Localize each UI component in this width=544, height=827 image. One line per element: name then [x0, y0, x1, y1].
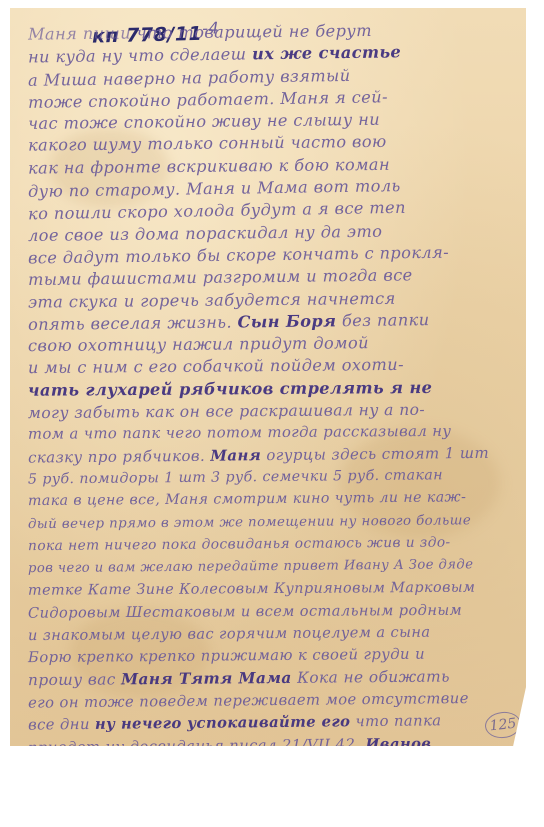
line-text: как на фронте вскрикиваю к бою коман [28, 155, 390, 178]
line-text: 5 руб. помидоры 1 шт 3 руб. семечки 5 ру… [28, 467, 443, 487]
line-text: без папки [336, 310, 429, 330]
line-text: сказку про рябчиков. [28, 446, 210, 466]
line-text: Маня пиши [28, 24, 131, 44]
line-text: приедет ну досвиданья писал 21/VII 42. [28, 736, 366, 753]
line-text-emphasis: ну нечего успокаивайте его [95, 713, 351, 733]
line-text: огурцы здесь стоят 1 шт [261, 443, 489, 463]
line-text: Сидоровым Шестаковым и всем остальным ро… [28, 601, 462, 621]
line-text-emphasis: Маня Тятя Мама [121, 668, 292, 687]
line-text: все дни [28, 716, 95, 734]
line-text: Борю крепко крепко прижимаю к своей груд… [28, 646, 425, 666]
line-text: така в цене все, Маня смотрим кино чуть … [28, 490, 466, 510]
line-text: прошу вас [28, 670, 121, 689]
line-text: его он тоже поведем переживает мое отсут… [28, 690, 469, 712]
line-text: опять веселая жизнь. [28, 312, 238, 334]
line-text-emphasis: Иванов [365, 735, 431, 753]
line-text: пока нет ничего пока досвиданья остаюсь … [28, 534, 451, 554]
line-text: что папка [350, 712, 441, 730]
line-text-emphasis: их же счастье [252, 43, 401, 64]
line-text: Кока не обижать [292, 667, 450, 686]
line-text: и мы с ним с его собачкой пойдем охоти- [28, 355, 404, 377]
line-text: ров чего и вам желаю передайте привет Ив… [28, 557, 473, 576]
line-text: тыми фашистами разгромим и тогда все [28, 266, 413, 290]
line-text: и знакомым целую вас горячим поцелуем а … [28, 624, 431, 645]
line-text: том а что папк чего потом тогда рассказы… [28, 423, 451, 443]
line-text: могу забыть как он все раскрашивал ну а … [28, 401, 425, 422]
line-text-emphasis: Сын Боря [237, 311, 336, 331]
line-text: тетке Кате Зине Колесовым Куприяновым Ма… [28, 580, 475, 599]
letter-body: Маня пиши что товарищей не берут ни куда… [28, 18, 528, 753]
line-text-emphasis: чать глухарей рябчиков стрелять я не [28, 378, 432, 400]
line-text: какого шуму только сонный часто вою [28, 132, 387, 155]
line-text-emphasis: Маня [210, 446, 261, 465]
line-text: дый вечер прямо в этом же помещении ну н… [28, 513, 471, 532]
line-text: что товарищей не берут [131, 21, 372, 43]
line-text: ни куда ну что сделаеш [28, 45, 252, 67]
line-text: лое свое из дома пораскидал ну да это [28, 221, 382, 244]
line-text: эта скука и горечь забудется начнется [28, 288, 396, 311]
letter-line: тетке Кате Зине Колесовым Куприяновым Ма… [28, 576, 528, 602]
line-text: свою охотницу нажил придут домой [28, 333, 369, 355]
letter-page: кп 778/11-4 Маня пиши что товарищей не б… [10, 8, 526, 746]
